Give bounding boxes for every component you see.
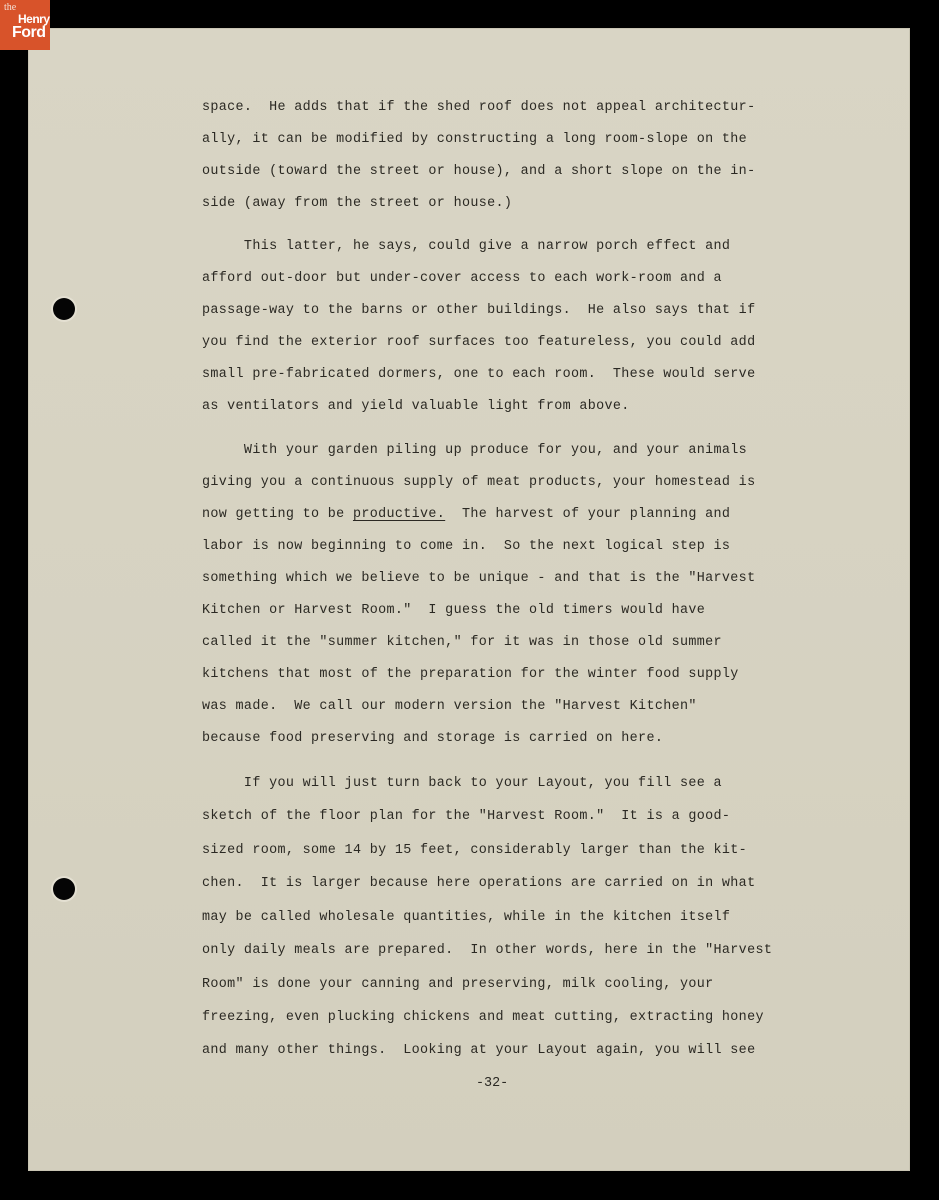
text-line: only daily meals are prepared. In other …: [202, 943, 772, 958]
document-page: space. He adds that if the shed roof doe…: [28, 28, 910, 1171]
text-segment: The harvest of your planning and: [445, 507, 730, 522]
text-line: kitchens that most of the preparation fo…: [202, 667, 739, 682]
text-line: small pre-fabricated dormers, one to eac…: [202, 367, 755, 382]
logo-ford: Ford: [12, 24, 46, 42]
page-number: -32-: [476, 1076, 508, 1091]
text-line: and many other things. Looking at your L…: [202, 1043, 755, 1058]
typed-text-body: space. He adds that if the shed roof doe…: [28, 28, 910, 1171]
text-line: passage-way to the barns or other buildi…: [202, 303, 755, 318]
text-line: you find the exterior roof surfaces too …: [202, 335, 755, 350]
text-line: chen. It is larger because here operatio…: [202, 876, 755, 891]
text-line: freezing, even plucking chickens and mea…: [202, 1010, 764, 1025]
text-line: was made. We call our modern version the…: [202, 699, 697, 714]
text-line: Room" is done your canning and preservin…: [202, 977, 714, 992]
text-line: With your garden piling up produce for y…: [202, 443, 747, 458]
text-line: may be called wholesale quantities, whil…: [202, 910, 730, 925]
text-line: This latter, he says, could give a narro…: [202, 239, 730, 254]
text-line: If you will just turn back to your Layou…: [202, 776, 722, 791]
text-line: sketch of the floor plan for the "Harves…: [202, 809, 730, 824]
text-line: something which we believe to be unique …: [202, 571, 755, 586]
text-line: now getting to be productive. The harves…: [202, 507, 730, 522]
text-line: side (away from the street or house.): [202, 196, 512, 211]
text-line: Kitchen or Harvest Room." I guess the ol…: [202, 603, 705, 618]
text-segment: now getting to be: [202, 507, 353, 522]
text-line: because food preserving and storage is c…: [202, 731, 663, 746]
text-line: space. He adds that if the shed roof doe…: [202, 100, 755, 115]
text-line: as ventilators and yield valuable light …: [202, 399, 630, 414]
text-line: called it the "summer kitchen," for it w…: [202, 635, 722, 650]
text-line: outside (toward the street or house), an…: [202, 164, 755, 179]
underlined-word: productive.: [353, 507, 445, 522]
text-line: ally, it can be modified by constructing…: [202, 132, 747, 147]
text-line: sized room, some 14 by 15 feet, consider…: [202, 843, 747, 858]
text-line: giving you a continuous supply of meat p…: [202, 475, 755, 490]
logo-the: the: [4, 2, 16, 13]
text-line: labor is now beginning to come in. So th…: [202, 539, 730, 554]
henry-ford-logo: the Henry Ford: [0, 0, 50, 50]
text-line: afford out-door but under-cover access t…: [202, 271, 722, 286]
